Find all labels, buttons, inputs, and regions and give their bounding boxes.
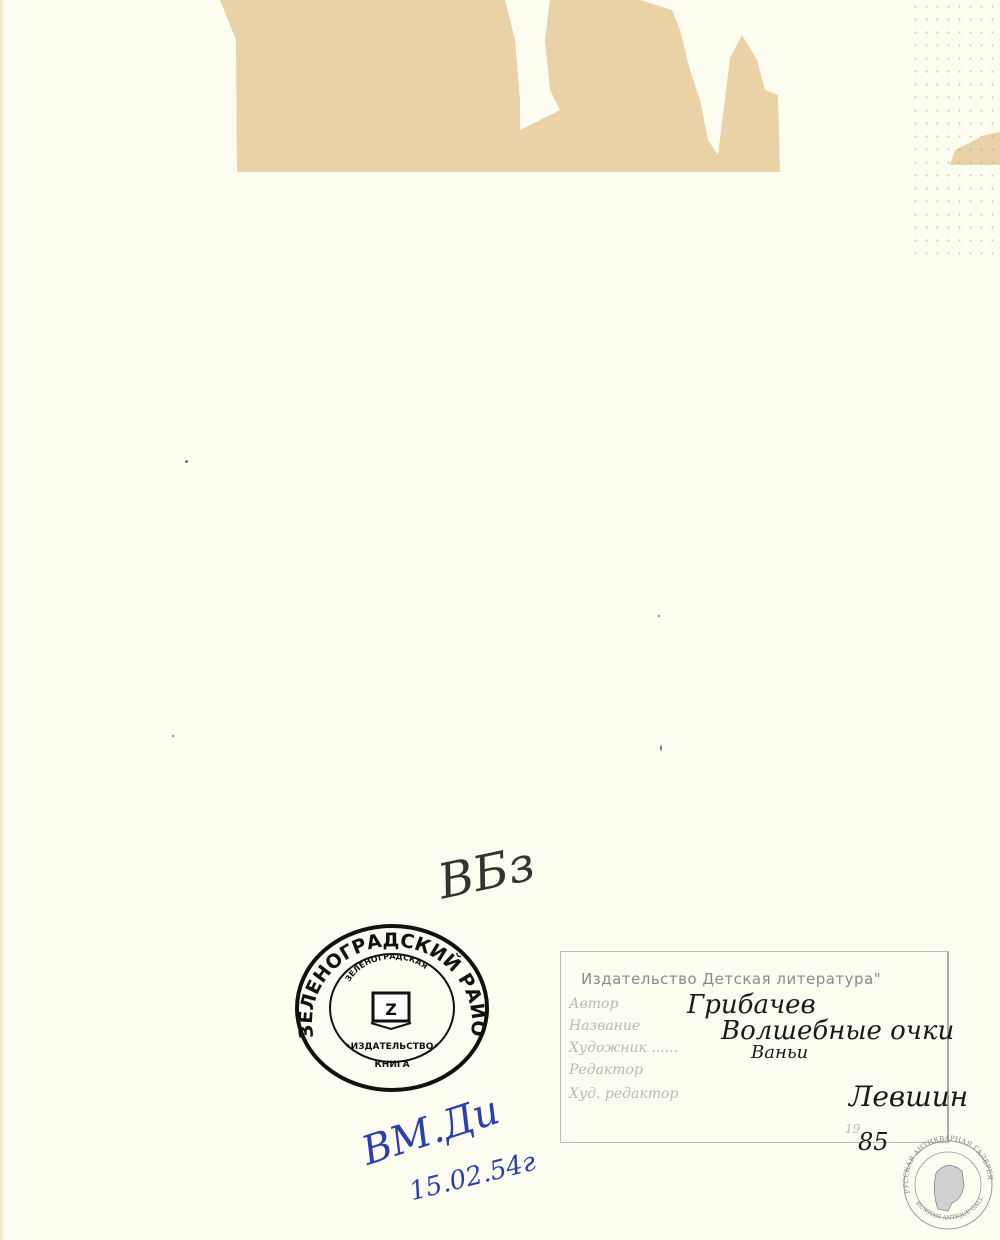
field-label-artist: Художник ...... xyxy=(569,1040,678,1056)
field-label-art-editor: Худ. редактор xyxy=(569,1086,678,1102)
paper-speck xyxy=(660,745,662,751)
publisher-stamp-header: Издательство Детская литература" xyxy=(581,970,881,988)
paper-speck xyxy=(185,460,188,463)
sheet-number: 85 xyxy=(858,1128,889,1156)
paper-specks xyxy=(910,0,1000,260)
round-stamp-emblem: Z xyxy=(385,1000,397,1019)
field-label-editor: Редактор xyxy=(569,1062,643,1078)
field-value-artist: Ваньи xyxy=(751,1042,808,1063)
field-label-author: Автор xyxy=(569,996,618,1012)
art-editor-signature: Левшин xyxy=(849,1080,968,1113)
paper-speck xyxy=(658,615,660,617)
round-publisher-stamp: ЗЕЛЕНОГРАДСКИЙ РАЙОН Г. МОСКВЫ ЗЕЛЕНОГРА… xyxy=(293,923,491,1093)
pencil-note: ВБз xyxy=(433,836,539,911)
gallery-seal-watermark: РУССКАЯ АНТИКВАРНАЯ ГАЛЕРЕЯ RUSSIAN ANTI… xyxy=(898,1133,998,1235)
round-stamp-middle-text: •ИЗДАТЕЛЬСТВО• xyxy=(345,1042,439,1052)
tape-residue xyxy=(0,0,1000,200)
round-stamp-bottom-text: КНИГА xyxy=(374,1060,409,1070)
publisher-stamp: Издательство Детская литература" Автор Н… xyxy=(560,951,949,1143)
paper-speck xyxy=(172,735,174,737)
field-label-title: Название xyxy=(569,1018,640,1034)
